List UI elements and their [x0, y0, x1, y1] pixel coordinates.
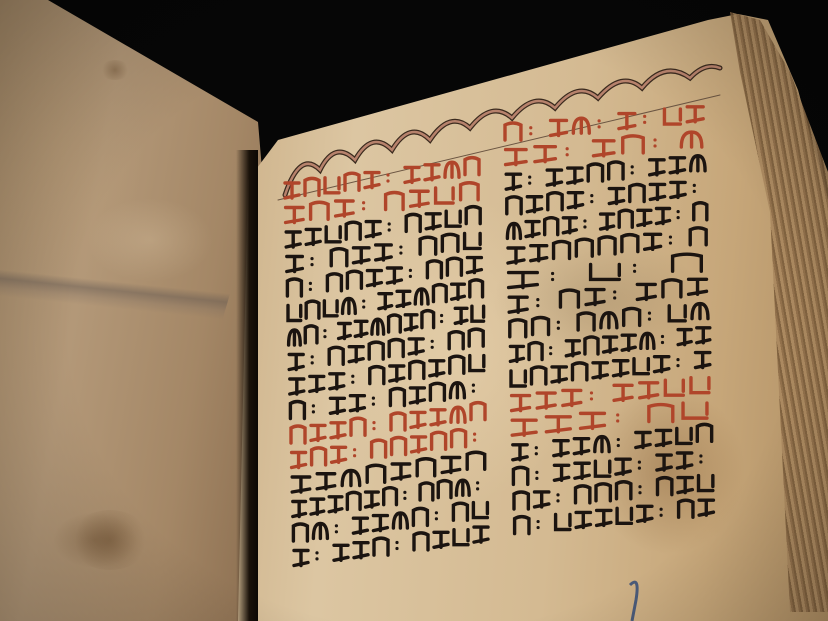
manuscript-line: ብሕይወትየ፡አገኒ፡ — [293, 480, 479, 516]
manuscript-line: ለኪ፡እግዚአ፡በኻ — [293, 503, 487, 541]
manuscript-line: እስራኤል፡አምላከ — [286, 207, 480, 247]
manuscript-line: ዕፈ፡ፍቀስምዊ፡እስ — [510, 328, 709, 362]
manuscript-line: ሉ፡ሕብየ፡አምላክ — [294, 527, 488, 565]
manuscript-line: ለ፡ወለክሙ፡በረድ — [287, 258, 481, 296]
folio-number-mark — [630, 582, 637, 621]
manuscript-line: ሐ፡እዱናዩ፡ዝኽ፤ — [513, 453, 702, 484]
manuscript-line: ሰመ፡ኤዶወ፡ዓሞ — [510, 304, 708, 337]
manuscript-line: ምሉኽ፤እዱናሯ — [512, 378, 709, 411]
manuscript-line: ብሔር፡አምላከ — [286, 183, 479, 223]
left-text-column: ይተባረክ፡እግዚአብሔር፡አምላከእስራኤል፡አምላከክ፡ለክሙ፡ዘለዓለ፡ወ… — [285, 158, 488, 566]
manuscript-line: ጋቀፃዊ፤እግዚአብሔ — [288, 280, 483, 321]
manuscript-line: ብዕት፡ሰንበትቀሃ — [290, 356, 484, 394]
manuscript-line: ክ፡ለክሙ፡ዘለዓ — [287, 233, 480, 271]
right-text-column: የ፡ዩዊ፡ኹ፡ዳዕፉስ፡ዩሰ፡ሪስ፡ስብሐተ፡እግዚአብሔር፡ዩነግር፡ኢብሐር… — [505, 107, 713, 534]
manuscript-text-layer: ይተባረክ፡እግዚአብሔር፡አምላከእስራኤል፡አምላከክ፡ለክሙ፡ዘለዓለ፡ወ… — [0, 0, 828, 621]
manuscript-line: የ፡ዩዊ፡ኹ፡ዳዕ — [505, 107, 703, 140]
manuscript-line: ፉስ፡ዩሰ፡ሪ — [506, 132, 702, 165]
manuscript-line: ተፍ፡ሰሐተ፤ወኅሣ — [514, 476, 713, 509]
manuscript-photo: ይተባረክ፡እግዚአብሔር፡አምላከእስራኤል፡አምላከክ፡ለክሙ፡ዘለዓለ፡ወ… — [0, 0, 828, 621]
manuscript-line: ነፍስየ፡ለእግዚአ — [291, 403, 485, 443]
